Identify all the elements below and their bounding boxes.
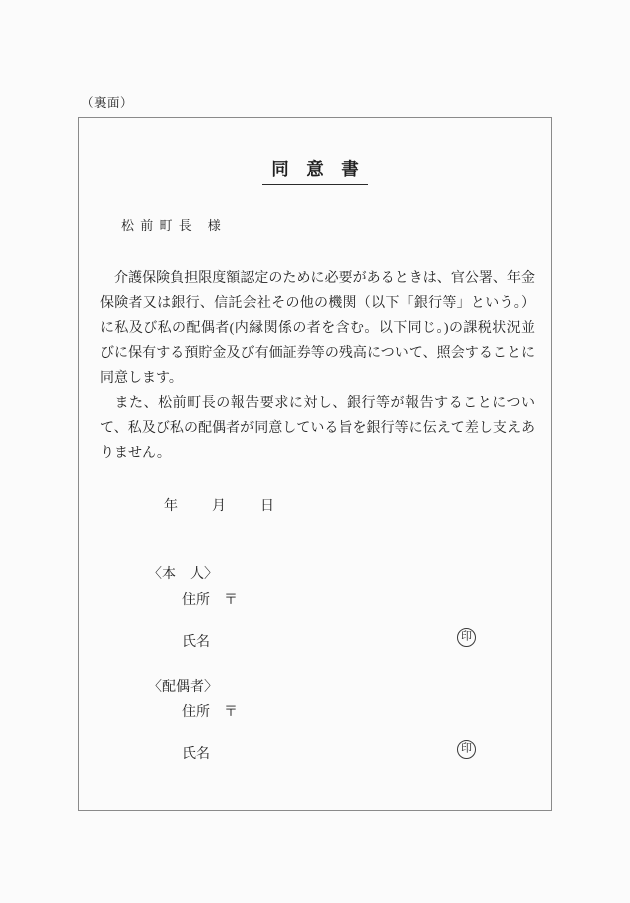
postal-mark-icon: 〒: [224, 705, 238, 720]
body-text: 介護保険負担限度額認定のために必要があるときは、官公署、年金 保険者又は銀行、信…: [100, 266, 535, 466]
body-line: また、松前町長の報告要求に対し、銀行等が報告することについ: [100, 391, 535, 416]
name-label: 氏名: [182, 747, 210, 762]
postal-mark-icon: 〒: [224, 593, 238, 608]
principal-name-row: 氏名: [182, 631, 210, 651]
body-line: に私及び私の配偶者(内縁関係の者を含む。以下同じ。)の課税状況並: [100, 316, 535, 341]
date-line: 年 月 日: [164, 495, 276, 515]
back-side-label: （裏面）: [81, 93, 133, 111]
body-line: て、私及び私の配偶者が同意している旨を銀行等に伝えて差し支えあ: [100, 416, 535, 441]
name-label: 氏名: [182, 635, 210, 650]
principal-heading: 〈本 人〉: [148, 563, 218, 583]
seal-char: 印: [461, 632, 472, 643]
seal-mark-icon: 印: [457, 628, 476, 647]
body-line: 介護保険負担限度額認定のために必要があるときは、官公署、年金: [100, 266, 535, 291]
address-label: 住所: [182, 705, 210, 720]
consent-form-box: 同 意 書 松 前 町 長 様 介護保険負担限度額認定のために必要があるときは、…: [78, 117, 552, 811]
seal-char: 印: [461, 744, 472, 755]
document-page: （裏面） 同 意 書 松 前 町 長 様 介護保険負担限度額認定のために必要があ…: [0, 0, 630, 903]
spouse-address-row: 住所〒: [182, 701, 238, 721]
body-paragraph-2: また、松前町長の報告要求に対し、銀行等が報告することについ て、私及び私の配偶者…: [100, 391, 535, 466]
spouse-heading: 〈配偶者〉: [148, 676, 218, 696]
addressee-line: 松 前 町 長 様: [121, 215, 222, 234]
body-line: 保険者又は銀行、信託会社その他の機関（以下「銀行等」という。）: [100, 291, 535, 316]
seal-mark-icon: 印: [457, 740, 476, 759]
body-paragraph-1: 介護保険負担限度額認定のために必要があるときは、官公署、年金 保険者又は銀行、信…: [100, 266, 535, 391]
principal-address-row: 住所〒: [182, 589, 238, 609]
body-line: びに保有する預貯金及び有価証券等の残高について、照会することに: [100, 341, 535, 366]
address-label: 住所: [182, 593, 210, 608]
body-line: りません。: [100, 441, 535, 466]
body-line: 同意します。: [100, 366, 535, 391]
spouse-name-row: 氏名: [182, 743, 210, 763]
document-title: 同 意 書: [262, 156, 368, 185]
title-container: 同 意 書: [79, 156, 551, 185]
